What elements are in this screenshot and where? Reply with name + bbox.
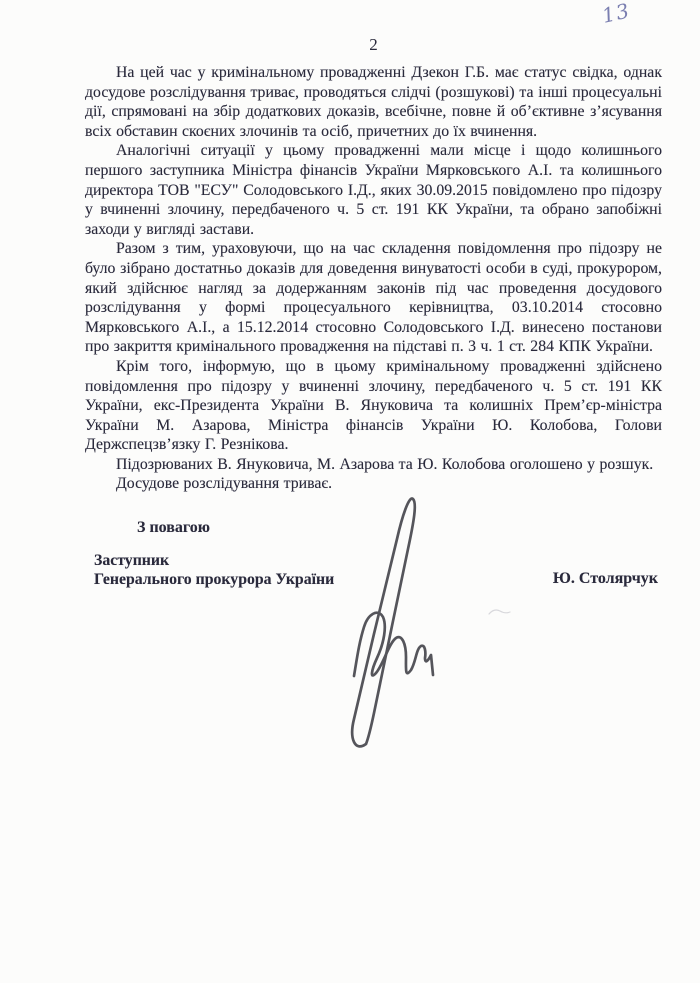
paragraph: Крім того, інформую, що в цьому кримінал… bbox=[85, 357, 662, 455]
signatory-name: Ю. Столярчук bbox=[553, 570, 658, 588]
paragraph: На цей час у кримінальному провадженні Д… bbox=[85, 63, 662, 141]
signatory-titles: Заступник Генерального прокурора України bbox=[94, 551, 334, 590]
page-number: 2 bbox=[85, 35, 662, 55]
signature-block: Заступник Генерального прокурора України… bbox=[85, 551, 662, 590]
handwritten-page-note: 13 bbox=[600, 0, 633, 28]
signatory-title-line2: Генерального прокурора України bbox=[94, 570, 334, 590]
document-page: 13 2 На цей час у кримінальному провадже… bbox=[0, 0, 700, 983]
signature-zigzag-stroke bbox=[354, 613, 433, 676]
document-body: На цей час у кримінальному провадженні Д… bbox=[85, 63, 662, 590]
paragraph: Аналогічні ситуації у цьому провадженні … bbox=[85, 141, 662, 239]
signatory-title-line1: Заступник bbox=[94, 551, 334, 571]
scan-speck-mark bbox=[486, 604, 514, 620]
paragraph: Підозрюваних В. Януковича, М. Азарова та… bbox=[85, 455, 662, 475]
paragraphs-container: На цей час у кримінальному провадженні Д… bbox=[85, 63, 662, 494]
paragraph: Разом з тим, ураховуючи, що на час склад… bbox=[85, 239, 662, 357]
paragraph: Досудове розслідування триває. bbox=[85, 474, 662, 494]
closing-salutation: З повагою bbox=[85, 518, 662, 538]
